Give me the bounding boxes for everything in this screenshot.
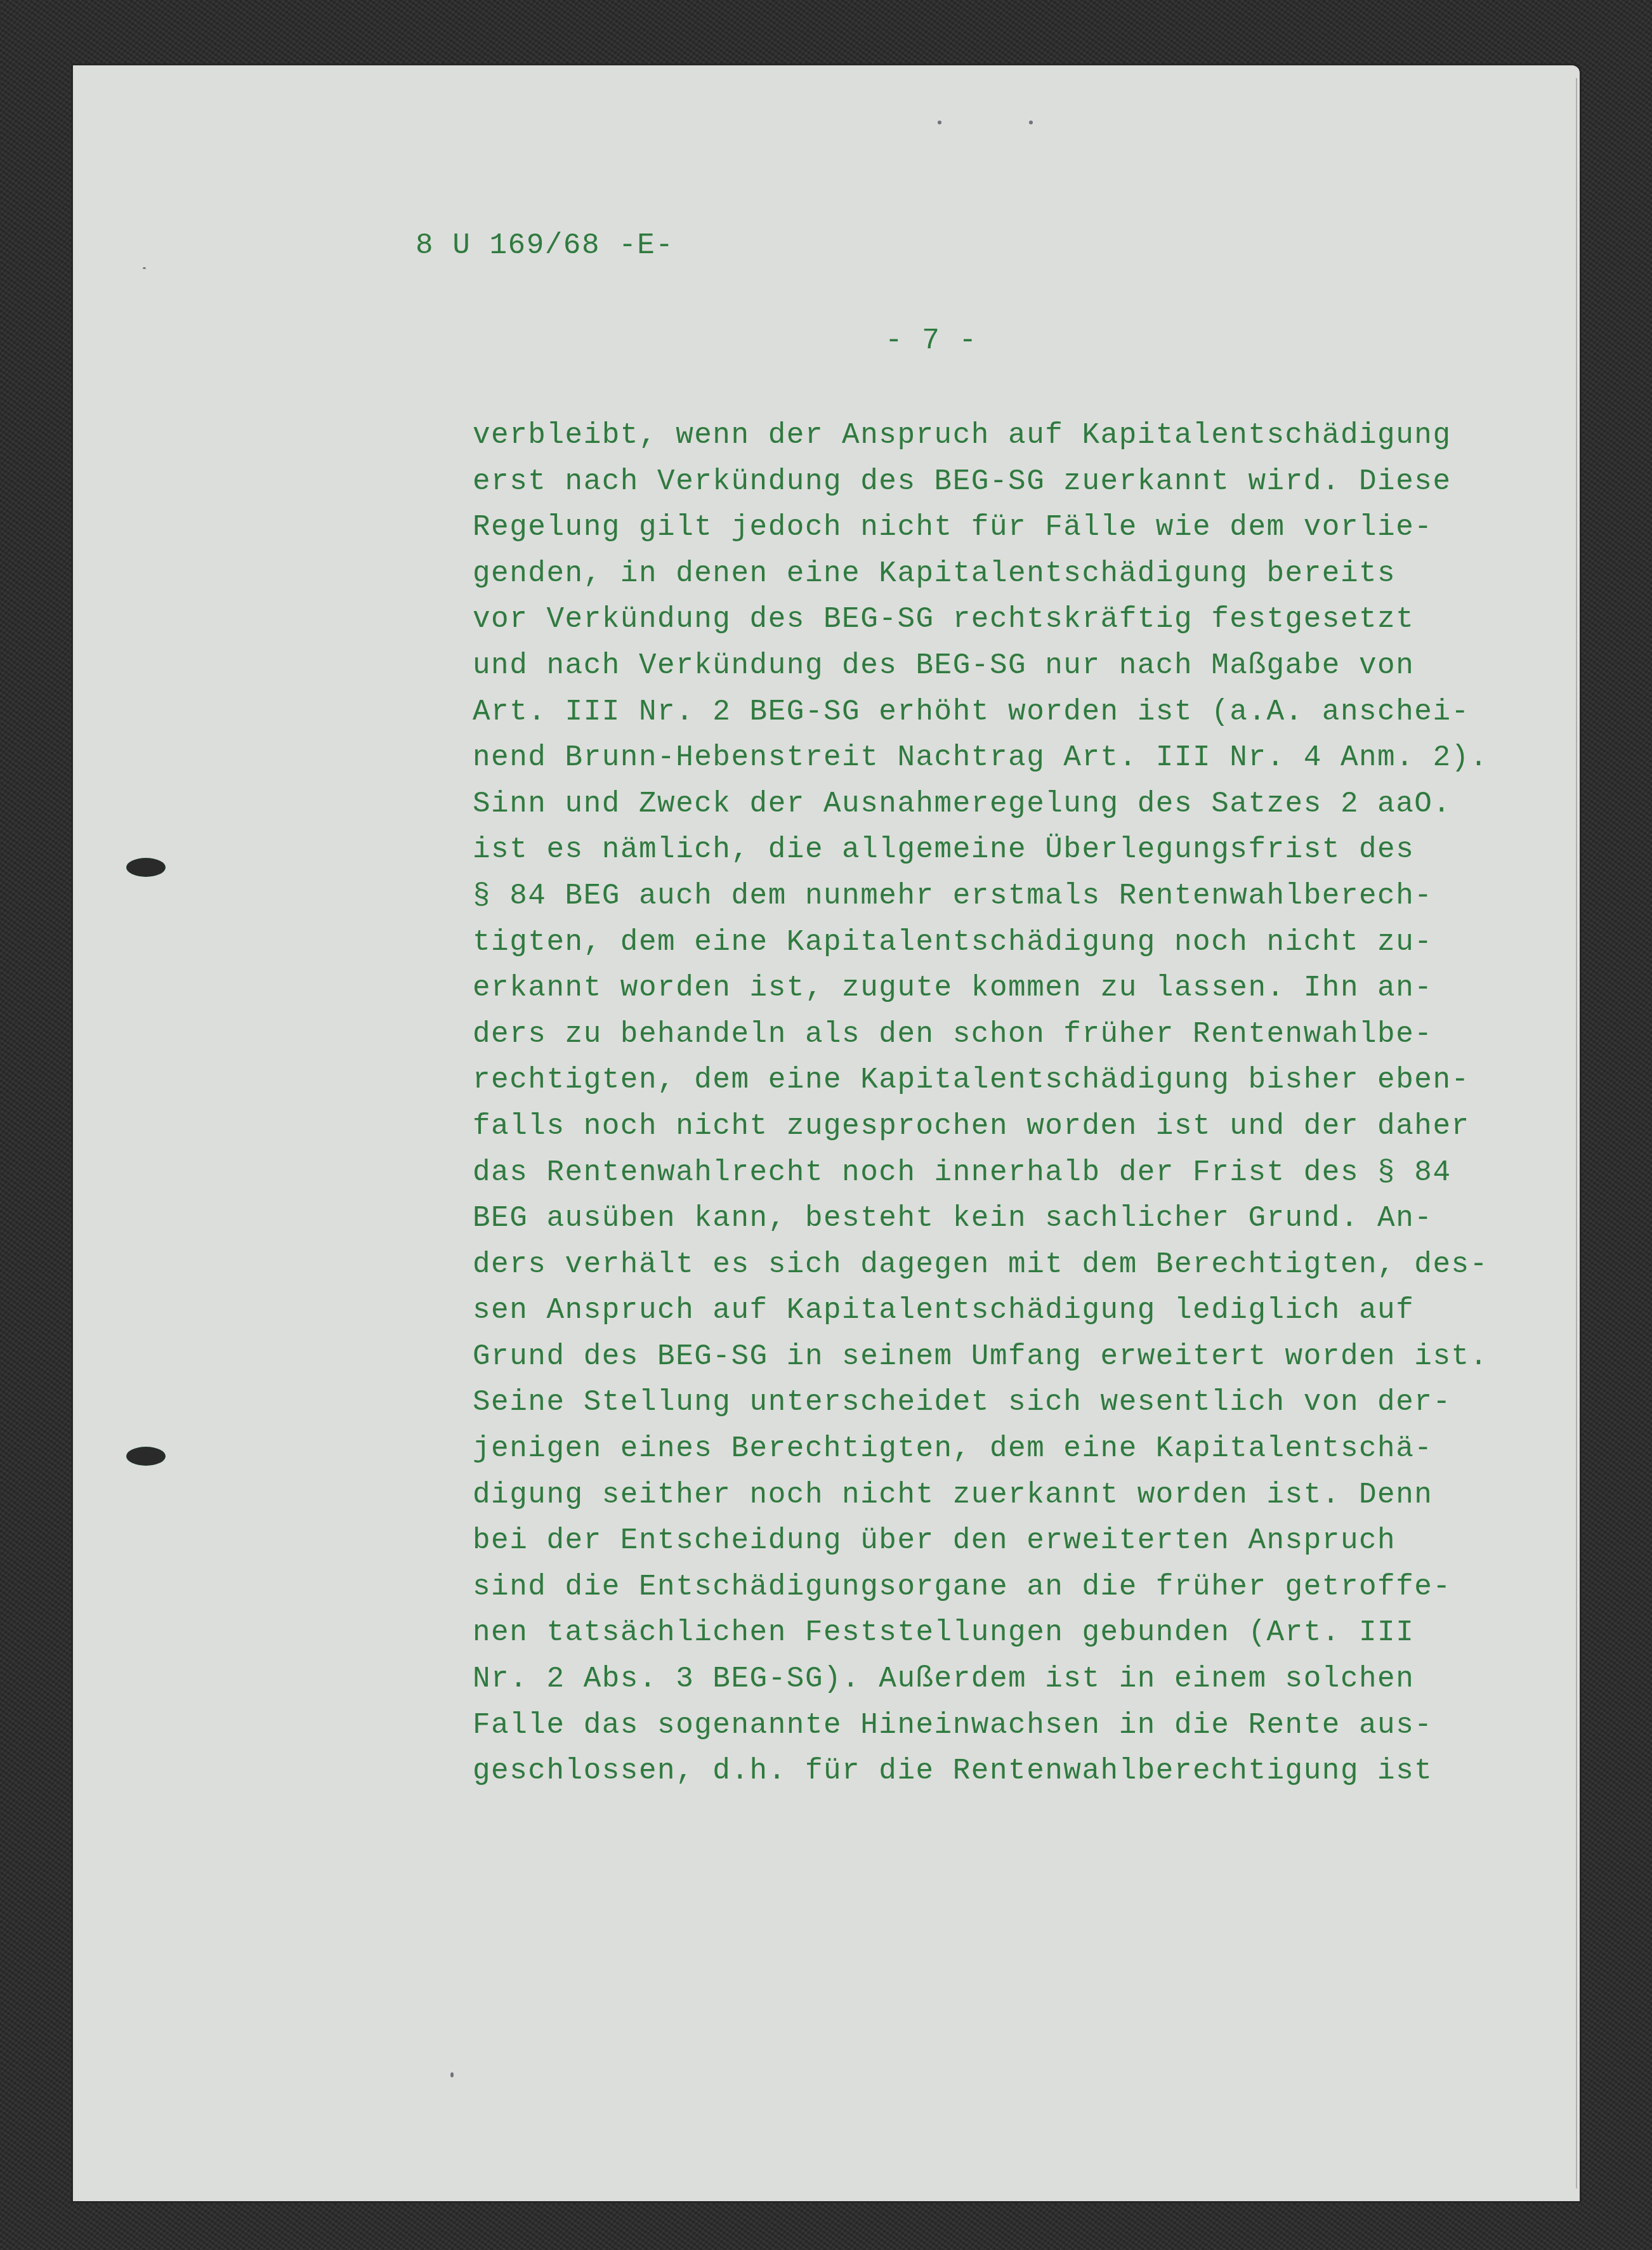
- ink-speck: [450, 2072, 454, 2077]
- text-line: nend Brunn-Hebenstreit Nachtrag Art. III…: [473, 735, 1488, 781]
- punch-hole-icon: [127, 859, 165, 876]
- punch-hole-icon: [127, 1447, 165, 1465]
- text-line: Falle das sogenannte Hineinwachsen in di…: [473, 1702, 1488, 1749]
- text-line: Sinn und Zweck der Ausnahmeregelung des …: [473, 781, 1488, 827]
- text-line: sen Anspruch auf Kapitalentschädigung le…: [473, 1287, 1488, 1334]
- text-line: verbleibt, wenn der Anspruch auf Kapital…: [473, 412, 1488, 459]
- text-line: falls noch nicht zugesprochen worden ist…: [473, 1103, 1488, 1150]
- ink-speck: [938, 121, 941, 124]
- text-line: Regelung gilt jedoch nicht für Fälle wie…: [473, 504, 1488, 551]
- text-line: erkannt worden ist, zugute kommen zu las…: [473, 965, 1488, 1011]
- text-line: erst nach Verkündung des BEG-SG zuerkann…: [473, 459, 1488, 505]
- text-line: vor Verkündung des BEG-SG rechtskräftig …: [473, 596, 1488, 643]
- text-line: digung seither noch nicht zuerkannt word…: [473, 1472, 1488, 1518]
- text-line: genden, in denen eine Kapitalentschädigu…: [473, 551, 1488, 597]
- text-line: § 84 BEG auch dem nunmehr erstmals Rente…: [473, 873, 1488, 919]
- text-line: nen tatsächlichen Feststellungen gebunde…: [473, 1610, 1488, 1656]
- text-line: ders verhält es sich dagegen mit dem Ber…: [473, 1242, 1488, 1288]
- text-line: jenigen eines Berechtigten, dem eine Kap…: [473, 1426, 1488, 1472]
- page-number: - 7 -: [885, 326, 978, 355]
- text-line: BEG ausüben kann, besteht kein sachliche…: [473, 1195, 1488, 1242]
- text-line: bei der Entscheidung über den erweiterte…: [473, 1518, 1488, 1564]
- ink-speck: [1029, 121, 1033, 124]
- text-line: sind die Entschädigungsorgane an die frü…: [473, 1564, 1488, 1610]
- text-line: Art. III Nr. 2 BEG-SG erhöht worden ist …: [473, 689, 1488, 735]
- text-line: Grund des BEG-SG in seinem Umfang erweit…: [473, 1334, 1488, 1380]
- text-line: und nach Verkündung des BEG-SG nur nach …: [473, 643, 1488, 689]
- text-line: das Rentenwahlrecht noch innerhalb der F…: [473, 1150, 1488, 1196]
- text-line: geschlossen, d.h. für die Rentenwahlbere…: [473, 1748, 1488, 1794]
- ink-speck: [143, 267, 146, 269]
- text-line: Seine Stellung unterscheidet sich wesent…: [473, 1379, 1488, 1426]
- case-reference: 8 U 169/68 -E-: [416, 231, 674, 260]
- text-line: Nr. 2 Abs. 3 BEG-SG). Außerdem ist in ei…: [473, 1656, 1488, 1702]
- text-line: ist es nämlich, die allgemeine Überlegun…: [473, 827, 1488, 873]
- text-line: tigten, dem eine Kapitalentschädigung no…: [473, 919, 1488, 966]
- text-line: rechtigten, dem eine Kapitalentschädigun…: [473, 1057, 1488, 1103]
- body-text: verbleibt, wenn der Anspruch auf Kapital…: [473, 412, 1488, 1794]
- text-line: ders zu behandeln als den schon früher R…: [473, 1011, 1488, 1058]
